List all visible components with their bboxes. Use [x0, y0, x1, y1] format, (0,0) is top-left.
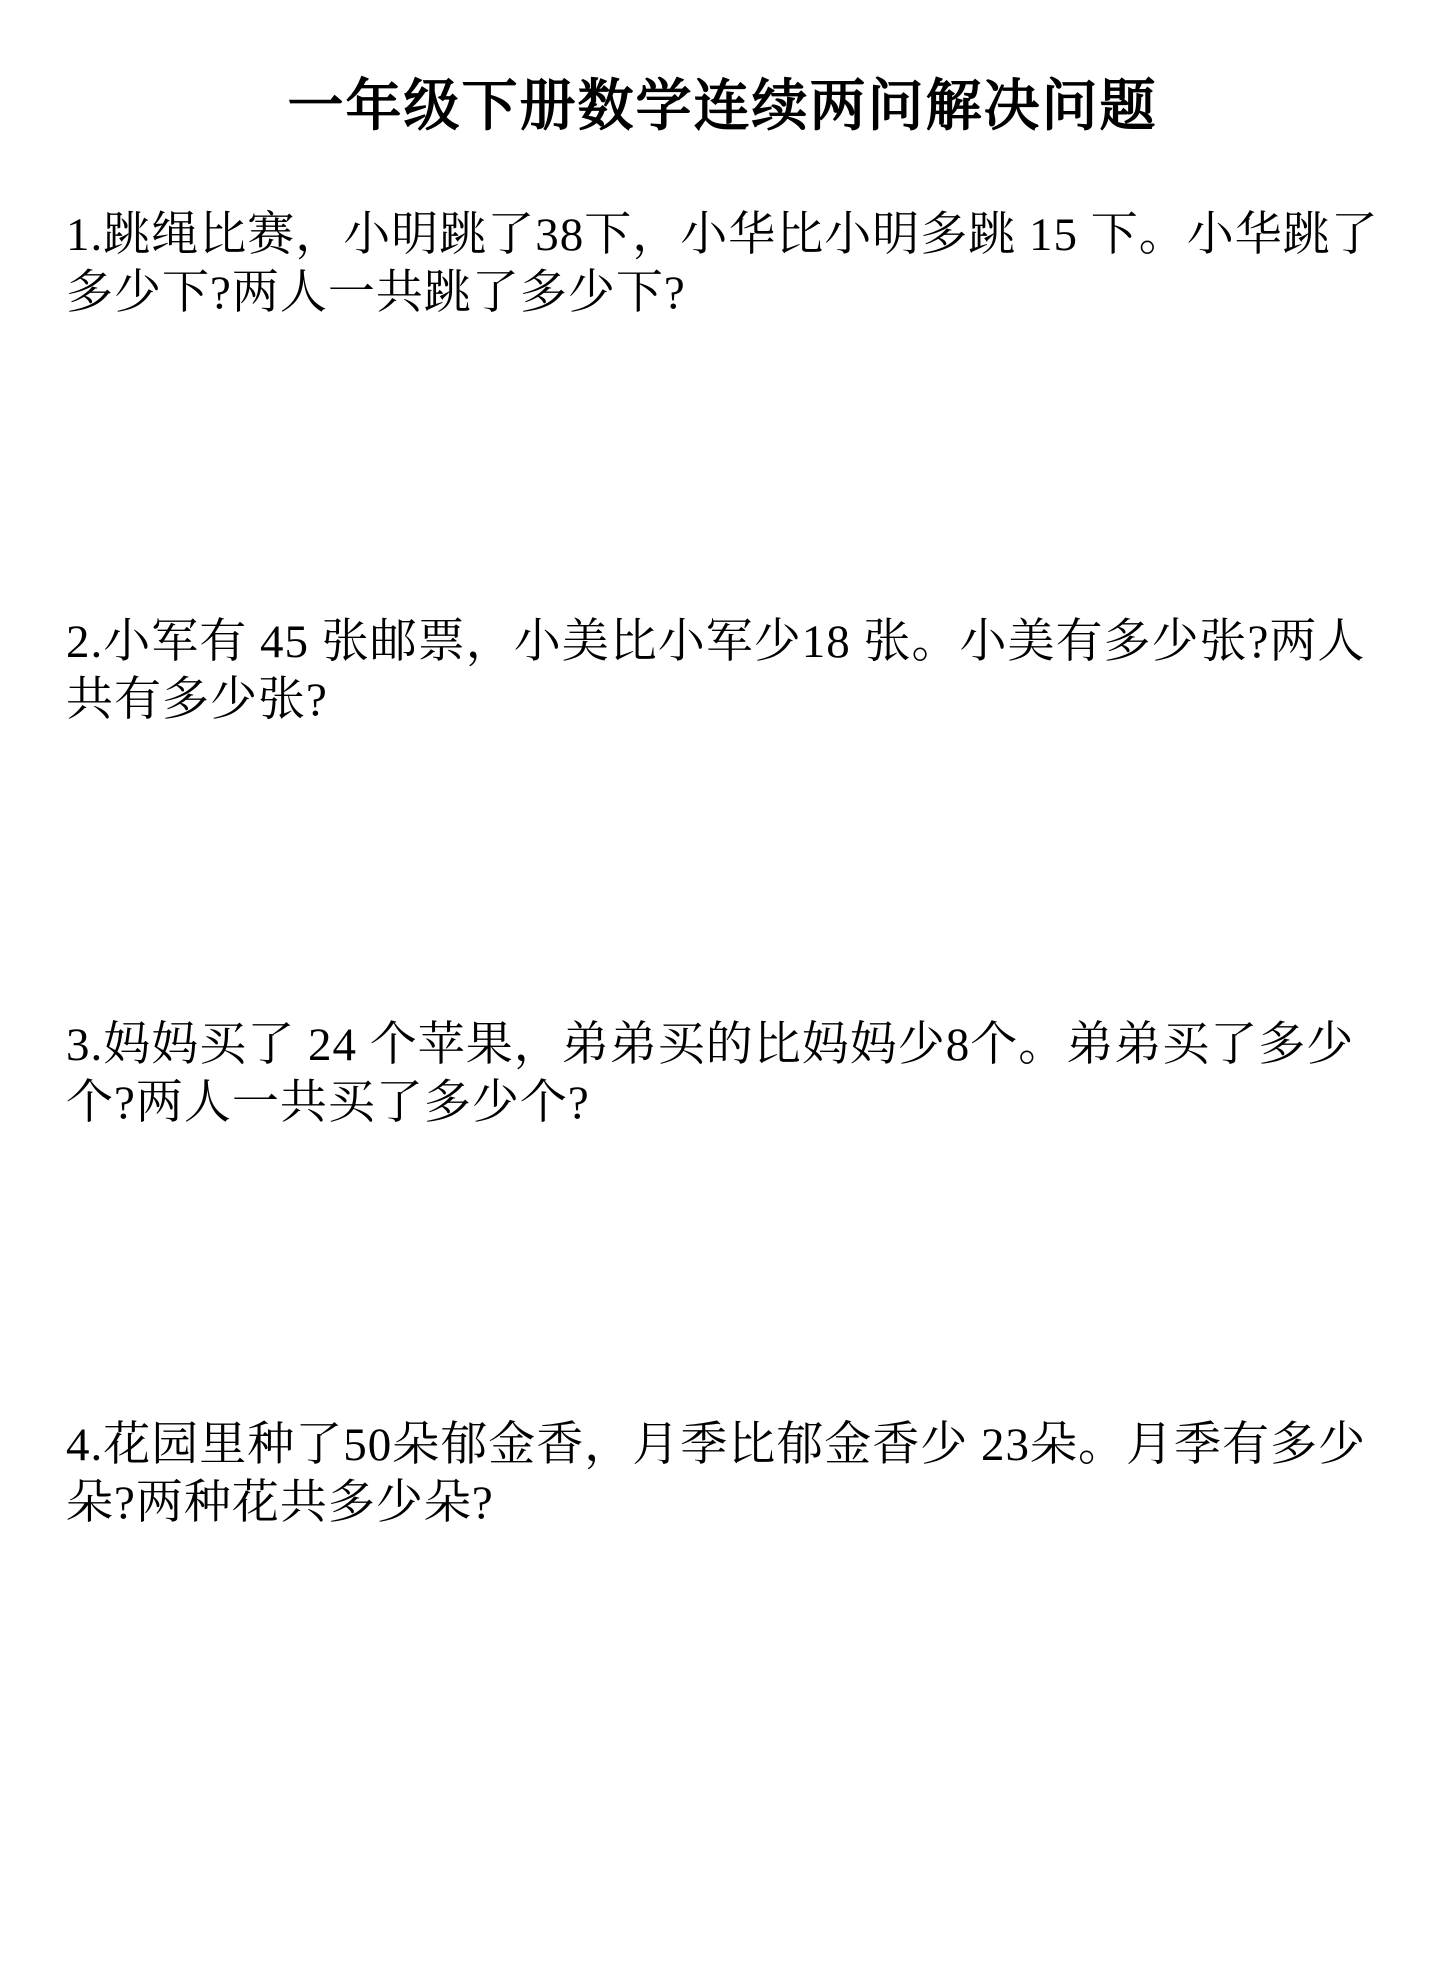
problem-4-body: 花园里种了50朵郁金香，月季比郁金香少 23朵。月季有多少朵?两种花共多少朵?: [66, 1419, 1366, 1529]
problem-4-text: 4.花园里种了50朵郁金香，月季比郁金香少 23朵。月季有多少朵?两种花共多少朵…: [66, 1416, 1379, 1532]
worksheet-page: 一年级下册数学连续两问解决问题 1.跳绳比赛，小明跳了38下，小华比小明多跳 1…: [0, 0, 1445, 1974]
problem-1-text: 1.跳绳比赛，小明跳了38下，小华比小明多跳 15 下。小华跳了多少下?两人一共…: [66, 206, 1379, 322]
problem-1-number: 1.: [66, 209, 103, 261]
problem-2-body: 小军有 45 张邮票，小美比小军少18 张。小美有多少张?两人共有多少张?: [66, 616, 1365, 726]
page-title: 一年级下册数学连续两问解决问题: [66, 78, 1379, 136]
problem-item-4: 4.花园里种了50朵郁金香，月季比郁金香少 23朵。月季有多少朵?两种花共多少朵…: [66, 1416, 1379, 1846]
answer-workspace-4: [66, 1532, 1379, 1792]
problem-item-3: 3.妈妈买了 24 个苹果，弟弟买的比妈妈少8个。弟弟买了多少个?两人一共买了多…: [66, 1016, 1379, 1416]
problem-4-number: 4.: [66, 1419, 103, 1471]
problem-2-number: 2.: [66, 616, 103, 668]
problem-3-text: 3.妈妈买了 24 个苹果，弟弟买的比妈妈少8个。弟弟买了多少个?两人一共买了多…: [66, 1016, 1379, 1132]
answer-workspace-2: [66, 729, 1379, 989]
problem-item-1: 1.跳绳比赛，小明跳了38下，小华比小明多跳 15 下。小华跳了多少下?两人一共…: [66, 206, 1379, 613]
problem-2-text: 2.小军有 45 张邮票，小美比小军少18 张。小美有多少张?两人共有多少张?: [66, 613, 1379, 729]
problem-3-number: 3.: [66, 1019, 103, 1071]
problem-item-2: 2.小军有 45 张邮票，小美比小军少18 张。小美有多少张?两人共有多少张?: [66, 613, 1379, 1016]
answer-workspace-3: [66, 1132, 1379, 1392]
problem-3-body: 妈妈买了 24 个苹果，弟弟买的比妈妈少8个。弟弟买了多少个?两人一共买了多少个…: [66, 1019, 1354, 1129]
problem-1-body: 跳绳比赛，小明跳了38下，小华比小明多跳 15 下。小华跳了多少下?两人一共跳了…: [66, 209, 1379, 319]
answer-workspace-1: [66, 322, 1379, 582]
